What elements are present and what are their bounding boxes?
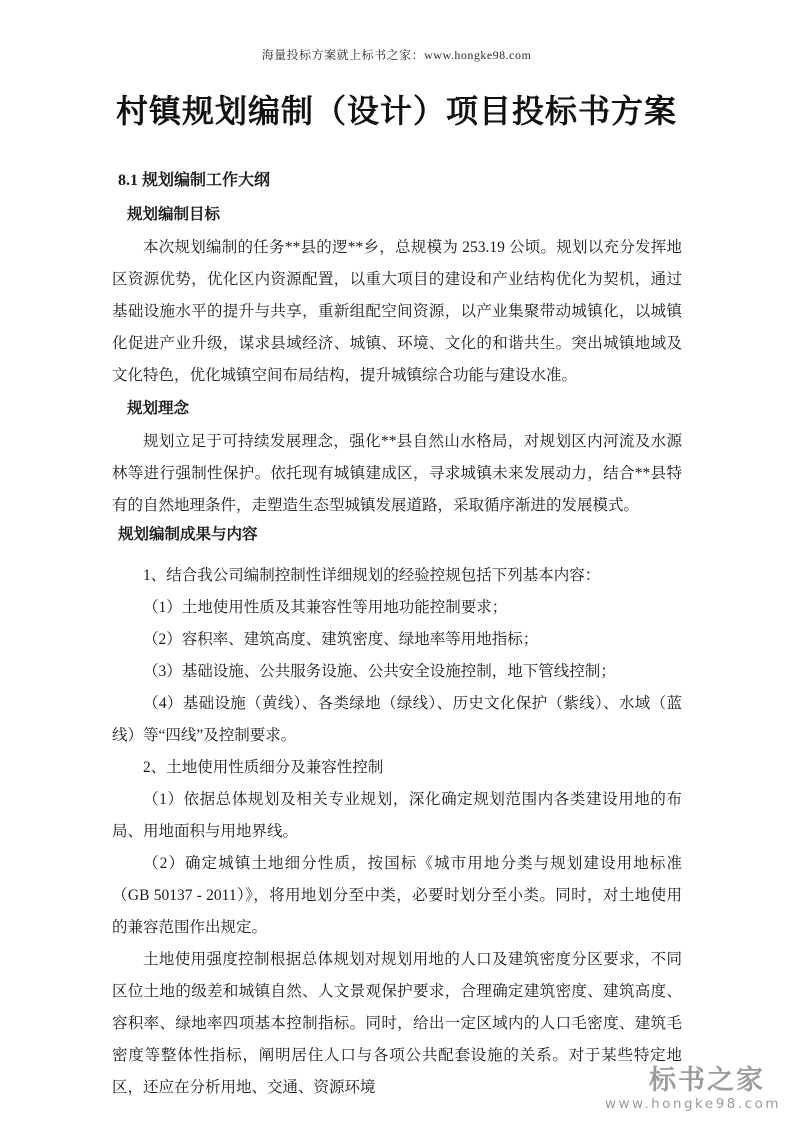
page-header-text: 海量投标方案就上标书之家：www.hongke98.com: [262, 48, 532, 62]
list-item-1-4: （4）基础设施（黄线）、各类绿地（绿线）、历史文化保护（紫线）、水域（蓝线）等“…: [112, 688, 682, 752]
paragraph-planning-concept: 规划立足于可持续发展理念，强化**县自然山水格局，对规划区内河流及水源林等进行强…: [112, 426, 682, 522]
list-item-1-2: （2）容积率、建筑高度、建筑密度、绿地率等用地指标；: [112, 624, 682, 656]
paragraph-land-use-intensity: 土地使用强度控制根据总体规划对规划用地的人口及建筑密度分区要求，不同区位土地的级…: [112, 944, 682, 1104]
list-item-1-3: （3）基础设施、公共服务设施、公共安全设施控制，地下管线控制；: [112, 656, 682, 688]
list-item-2-1: （1）依据总体规划及相关专业规划，深化确定规划范围内各类建设用地的布局、用地面积…: [112, 784, 682, 848]
document-title: 村镇规划编制（设计）项目投标书方案: [0, 86, 793, 132]
section-heading: 8.1 规划编制工作大纲: [112, 172, 682, 190]
subheading-planning-concept: 规划理念: [112, 400, 682, 418]
list-item-1: 1、结合我公司编制控制性详细规划的经验控规包括下列基本内容：: [112, 560, 682, 592]
watermark-url: www.hongke98.com: [605, 1097, 781, 1112]
document-body: 8.1 规划编制工作大纲 规划编制目标 本次规划编制的任务**县的逻**乡，总规…: [112, 172, 682, 1104]
watermark: 标书之家 www.hongke98.com: [605, 1066, 781, 1112]
paragraph-planning-goal: 本次规划编制的任务**县的逻**乡，总规模为 253.19 公顷。规划以充分发挥…: [112, 232, 682, 392]
list-item-1-1: （1）土地使用性质及其兼容性等用地功能控制要求；: [112, 592, 682, 624]
page-header: 海量投标方案就上标书之家：www.hongke98.com: [0, 46, 793, 63]
document-page: 海量投标方案就上标书之家：www.hongke98.com 村镇规划编制（设计）…: [0, 0, 793, 1122]
list-item-2: 2、土地使用性质细分及兼容性控制: [112, 752, 682, 784]
subheading-results-and-content: 规划编制成果与内容: [112, 526, 682, 544]
watermark-brand: 标书之家: [605, 1066, 765, 1094]
list-item-2-2: （2）确定城镇土地细分性质，按国标《城市用地分类与规划建设用地标准（GB 501…: [112, 848, 682, 944]
subheading-planning-goal: 规划编制目标: [112, 206, 682, 224]
